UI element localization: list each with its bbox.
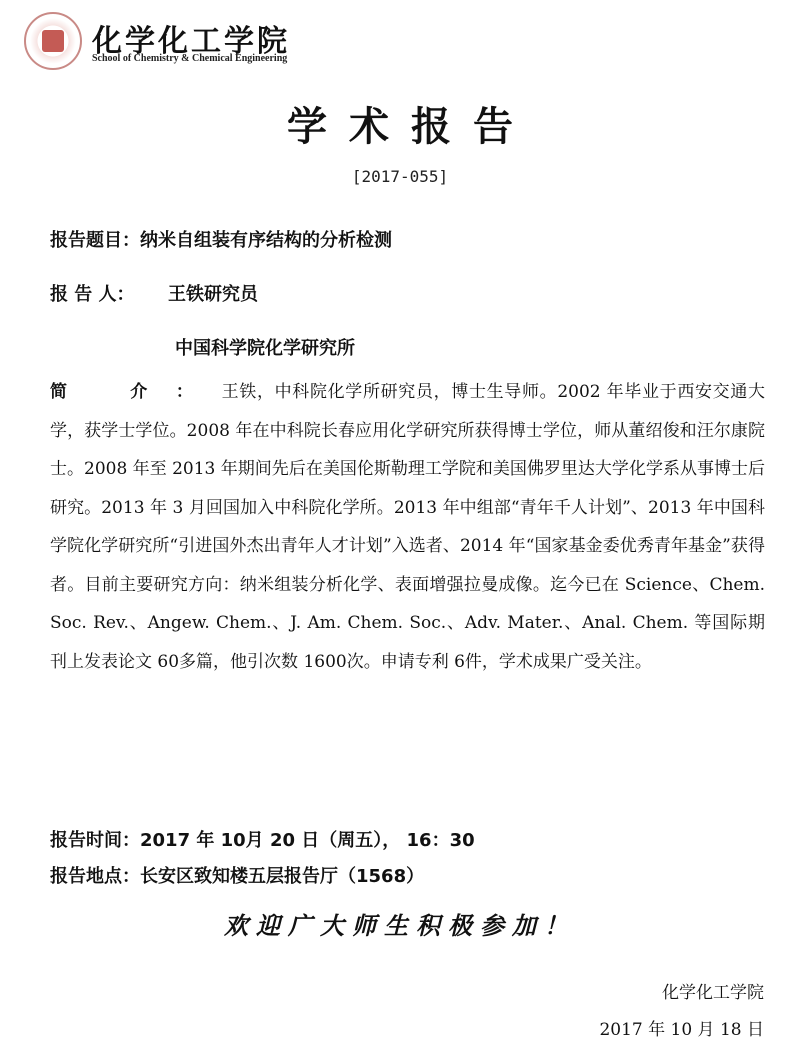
welcome-message: 欢迎广大师生积极参加！	[0, 906, 800, 941]
bio-label: 简 介：	[50, 382, 222, 402]
speaker-affiliation: 中国科学院化学研究所	[175, 334, 355, 360]
location-row: 报告地点：长安区致知楼五层报告厅（1568）	[50, 862, 424, 888]
speaker-label: 报 告 人：	[50, 280, 168, 306]
topic-label: 报告题目：	[50, 226, 140, 252]
topic-value: 纳米自组装有序结构的分析检测	[140, 230, 392, 251]
location-value: 长安区致知楼五层报告厅（1568）	[140, 866, 424, 887]
school-logo-english: School of Chemistry & Chemical Engineeri…	[92, 53, 287, 64]
signature-date: 2017 年 10 月 18 日	[599, 1015, 764, 1040]
university-seal-icon	[24, 12, 82, 70]
document-number: [2017-055]	[0, 167, 800, 186]
page-title: 学术报告	[0, 95, 800, 152]
time-value: 2017 年 10月 20 日（周五）， 16：30	[140, 830, 475, 851]
speaker-value: 王铁研究员	[168, 284, 258, 305]
location-label: 报告地点：	[50, 866, 140, 887]
topic-row: 报告题目：纳米自组装有序结构的分析检测	[50, 226, 392, 252]
signature-org: 化学化工学院	[662, 978, 764, 1003]
bio-text: 王铁，中科院化学所研究员，博士生导师。2002 年毕业于西安交通大学，获学士学位…	[50, 382, 765, 672]
bio-paragraph: 简 介：王铁，中科院化学所研究员，博士生导师。2002 年毕业于西安交通大学，获…	[50, 373, 765, 681]
speaker-row: 报 告 人：王铁研究员	[50, 280, 258, 306]
time-label: 报告时间：	[50, 830, 140, 851]
time-row: 报告时间：2017 年 10月 20 日（周五）， 16：30	[50, 826, 475, 852]
